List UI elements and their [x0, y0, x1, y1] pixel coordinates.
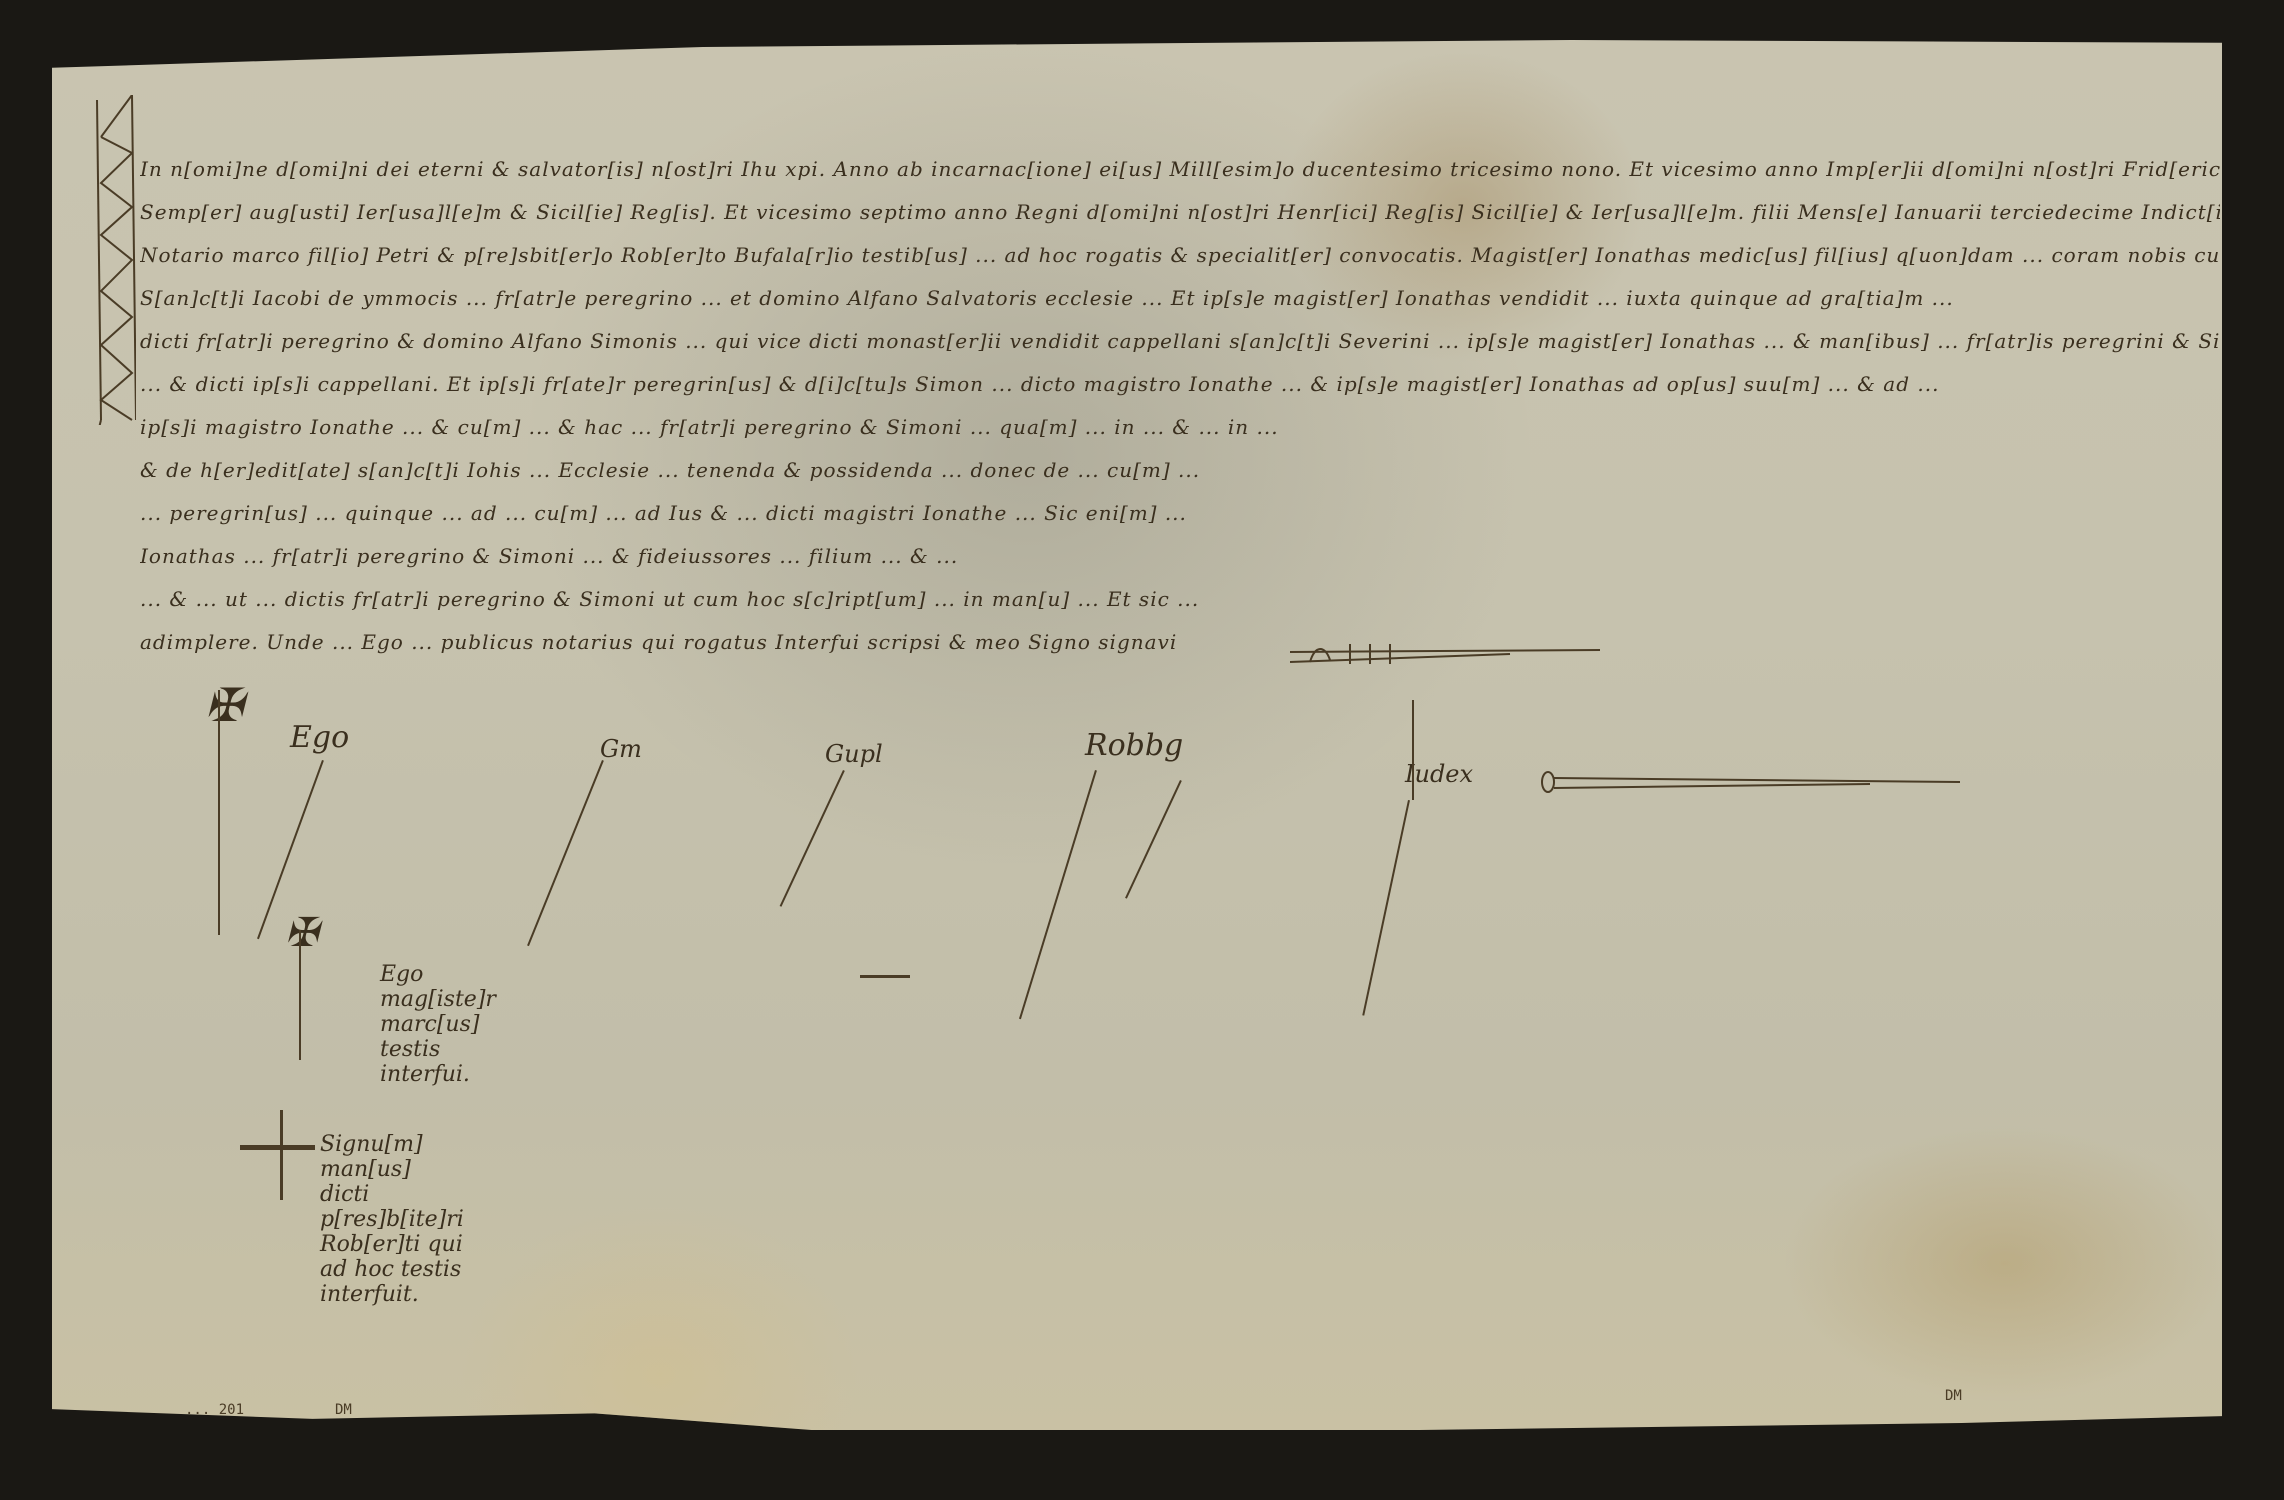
charter-line: ... & ... ut ... dictis fr[atr]i peregri… [140, 578, 2220, 621]
charter-line: Semp[er] aug[usti] Ier[usa]l[e]m & Sicil… [140, 191, 2220, 234]
signature-iudex: Iudex [1405, 760, 1473, 788]
cross-sign-icon: ✠ [205, 678, 244, 732]
charter-body: In n[omi]ne d[omi]ni dei eterni & salvat… [140, 148, 2220, 664]
charter-line: Notario marco fil[io] Petri & p[re]sbit[… [140, 234, 2220, 277]
terminal-stroke [860, 975, 910, 978]
signum-line: Signu[m] man[us] dicti p[res]b[ite]ri Ro… [320, 1132, 464, 1307]
signature-robbg: Robbg [1085, 728, 1183, 763]
cross-sign-icon: ✠ [285, 910, 319, 956]
archival-mark: DM [1945, 1388, 1962, 1404]
charter-line: In n[omi]ne d[omi]ni dei eterni & salvat… [140, 148, 2220, 191]
witness-line: Ego mag[iste]r marc[us] testis interfui. [380, 962, 496, 1087]
charter-line: ... peregrin[us] ... quinque ... ad ... … [140, 492, 2220, 535]
signature-gm: Gm [600, 735, 642, 763]
charter-line: & de h[er]edit[ate] s[an]c[t]i Iohis ...… [140, 449, 2220, 492]
charter-line: dicti fr[atr]i peregrino & domino Alfano… [140, 320, 2220, 363]
signature-gupl: Gupl [825, 740, 883, 768]
charter-line: ... & dicti ip[s]i cappellani. Et ip[s]i… [140, 363, 2220, 406]
staff-stroke [299, 930, 301, 1060]
signature-ego: Ego [290, 720, 349, 755]
charter-line: adimplere. Unde ... Ego ... publicus not… [140, 621, 2220, 664]
charter-line: S[an]c[t]i Iacobi de ymmocis ... fr[atr]… [140, 277, 2220, 320]
hand-sign-horizontal [240, 1145, 315, 1150]
staff-stroke [218, 690, 220, 935]
signature-stroke [1412, 700, 1414, 800]
hand-sign-vertical [280, 1110, 283, 1200]
iudex-flourish-icon [1540, 768, 1960, 798]
archival-mark: DM [335, 1402, 352, 1418]
chirograph-border-icon [92, 95, 136, 425]
archival-mark: ... 201 [185, 1402, 244, 1418]
charter-line: Ionathas ... fr[atr]i peregrino & Simoni… [140, 535, 2220, 578]
notarial-signum-icon [1290, 640, 1600, 670]
charter-line: ip[s]i magistro Ionathe ... & cu[m] ... … [140, 406, 2220, 449]
